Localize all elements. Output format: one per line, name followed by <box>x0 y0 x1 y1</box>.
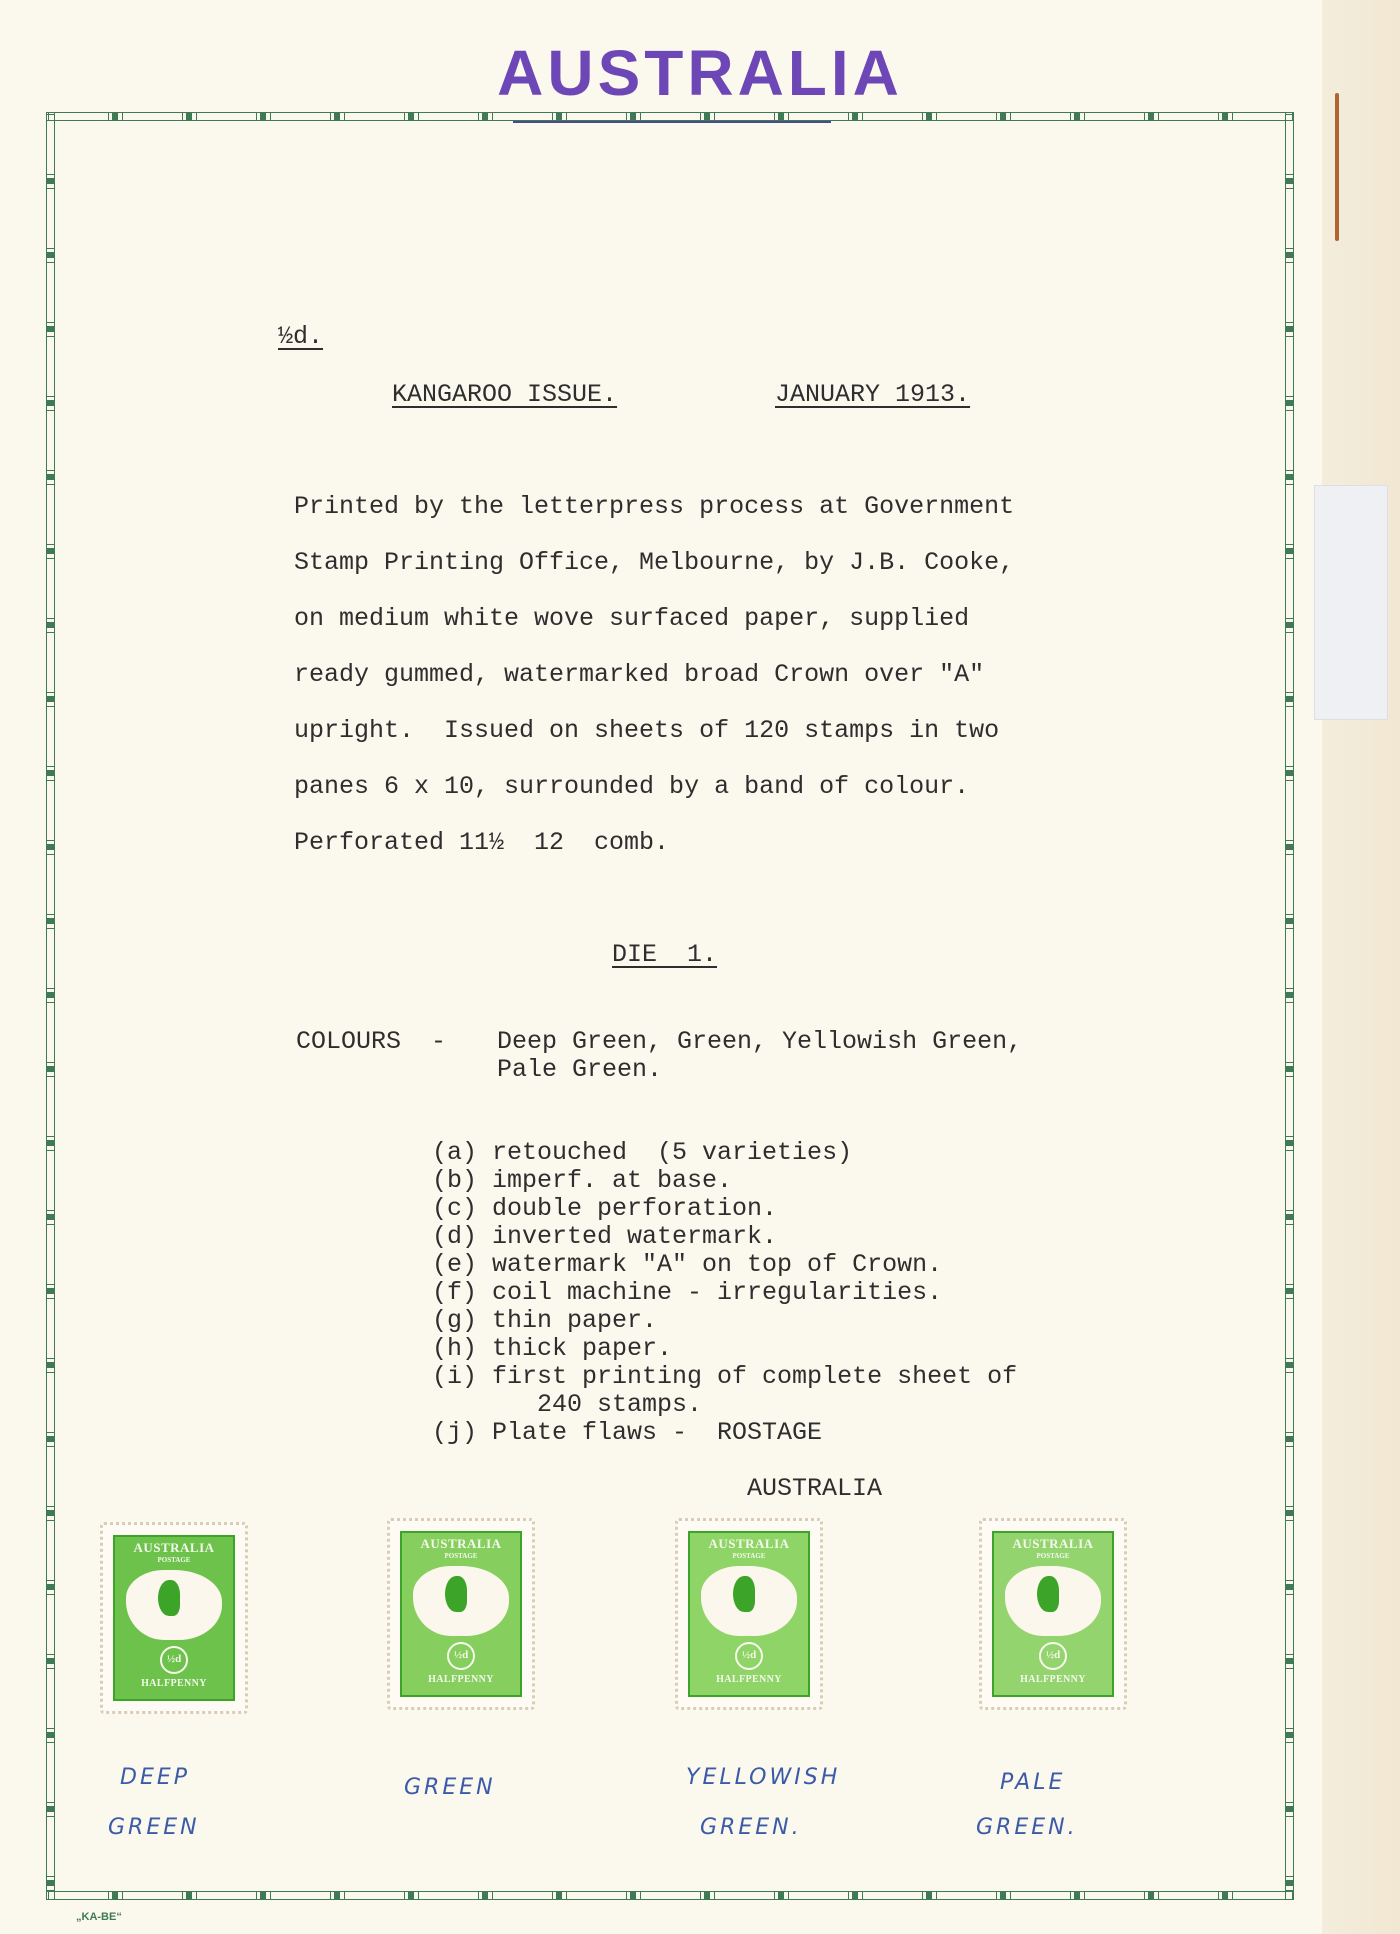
kangaroo-icon <box>445 1576 467 1612</box>
stamp-country: AUSTRALIA <box>708 1536 789 1552</box>
description-line: panes 6 x 10, surrounded by a band of co… <box>294 772 969 801</box>
handwritten-label: GREEN. <box>700 1815 802 1840</box>
stamp-denomination: HALFPENNY <box>428 1674 494 1685</box>
description-line: ready gummed, watermarked broad Crown ov… <box>294 660 984 689</box>
kangaroo-icon <box>1037 1576 1059 1612</box>
list-item: (g) thin paper. <box>432 1307 1017 1335</box>
kangaroo-icon <box>733 1576 755 1612</box>
stamp-value: ½d <box>735 1642 763 1670</box>
hinge-tape <box>1314 485 1388 720</box>
stamp-value: ½d <box>1039 1642 1067 1670</box>
pencil-mark <box>1335 93 1339 241</box>
stamp-design: AUSTRALIA POSTAGE ½d HALFPENNY <box>113 1535 235 1701</box>
stamp-yellowish-green: AUSTRALIA POSTAGE ½d HALFPENNY <box>675 1518 823 1710</box>
handwritten-label: PALE <box>1000 1770 1065 1795</box>
handwritten-label: DEEP <box>120 1765 190 1790</box>
issue-name: KANGAROO ISSUE. <box>392 380 617 409</box>
australia-map-icon <box>413 1566 509 1636</box>
stamp-green: AUSTRALIA POSTAGE ½d HALFPENNY <box>387 1518 535 1710</box>
australia-map-icon <box>1005 1566 1101 1636</box>
stamp-denomination: HALFPENNY <box>1020 1674 1086 1685</box>
description-line: Stamp Printing Office, Melbourne, by J.B… <box>294 548 1014 577</box>
issue-date: JANUARY 1913. <box>775 380 970 409</box>
border-left <box>46 112 55 1900</box>
list-item: (e) watermark "A" on top of Crown. <box>432 1251 1017 1279</box>
stamp-country: AUSTRALIA <box>1012 1536 1093 1552</box>
handwritten-label: GREEN. <box>976 1815 1078 1840</box>
page-title: AUSTRALIA <box>0 36 1400 110</box>
list-item: (h) thick paper. <box>432 1335 1017 1363</box>
denomination: ½d. <box>278 322 323 351</box>
colours-line-2: Pale Green. <box>497 1055 662 1084</box>
stamp-postage: POSTAGE <box>1037 1552 1070 1560</box>
album-maker-mark: „KA-BE“ <box>76 1911 122 1923</box>
list-item: 240 stamps. <box>432 1391 1017 1419</box>
stamp-country: AUSTRALIA <box>133 1540 214 1556</box>
stamp-pale-green: AUSTRALIA POSTAGE ½d HALFPENNY <box>979 1518 1127 1710</box>
stamp-design: AUSTRALIA POSTAGE ½d HALFPENNY <box>688 1531 810 1697</box>
colours-label: COLOURS - <box>296 1027 446 1056</box>
list-item: (i) first printing of complete sheet of <box>432 1363 1017 1391</box>
list-item: (c) double perforation. <box>432 1195 1017 1223</box>
kangaroo-icon <box>158 1580 180 1616</box>
border-right <box>1285 112 1294 1900</box>
stamp-country: AUSTRALIA <box>420 1536 501 1552</box>
stamp-postage: POSTAGE <box>445 1552 478 1560</box>
description-line: upright. Issued on sheets of 120 stamps … <box>294 716 999 745</box>
stamp-deep-green: AUSTRALIA POSTAGE ½d HALFPENNY <box>100 1522 248 1714</box>
die-heading: DIE 1. <box>612 940 717 969</box>
varieties-list: (a) retouched (5 varieties) (b) imperf. … <box>432 1139 1017 1447</box>
list-item: (b) imperf. at base. <box>432 1167 1017 1195</box>
handwritten-label: YELLOWISH <box>686 1765 840 1790</box>
handwritten-label: GREEN <box>404 1775 496 1800</box>
description-line: Printed by the letterpress process at Go… <box>294 492 1014 521</box>
stamp-design: AUSTRALIA POSTAGE ½d HALFPENNY <box>992 1531 1114 1697</box>
list-item: (j) Plate flaws - ROSTAGE <box>432 1419 1017 1447</box>
stamp-value: ½d <box>160 1646 188 1674</box>
description-line: Perforated 11½ 12 comb. <box>294 828 669 857</box>
colours-line-1: Deep Green, Green, Yellowish Green, <box>497 1027 1022 1056</box>
stamp-design: AUSTRALIA POSTAGE ½d HALFPENNY <box>400 1531 522 1697</box>
australia-map-icon <box>126 1570 222 1640</box>
australia-map-icon <box>701 1566 797 1636</box>
stamp-value: ½d <box>447 1642 475 1670</box>
handwritten-label: GREEN <box>108 1815 200 1840</box>
stamp-postage: POSTAGE <box>158 1556 191 1564</box>
list-item: (f) coil machine - irregularities. <box>432 1279 1017 1307</box>
flaw-caption: AUSTRALIA <box>747 1474 882 1503</box>
album-page-edge <box>1322 0 1400 1934</box>
list-item: (d) inverted watermark. <box>432 1223 1017 1251</box>
list-item: (a) retouched (5 varieties) <box>432 1139 1017 1167</box>
description-line: on medium white wove surfaced paper, sup… <box>294 604 969 633</box>
stamp-denomination: HALFPENNY <box>141 1678 207 1689</box>
border-top <box>46 112 1294 121</box>
stamp-postage: POSTAGE <box>733 1552 766 1560</box>
stamp-denomination: HALFPENNY <box>716 1674 782 1685</box>
border-bottom <box>46 1891 1294 1900</box>
